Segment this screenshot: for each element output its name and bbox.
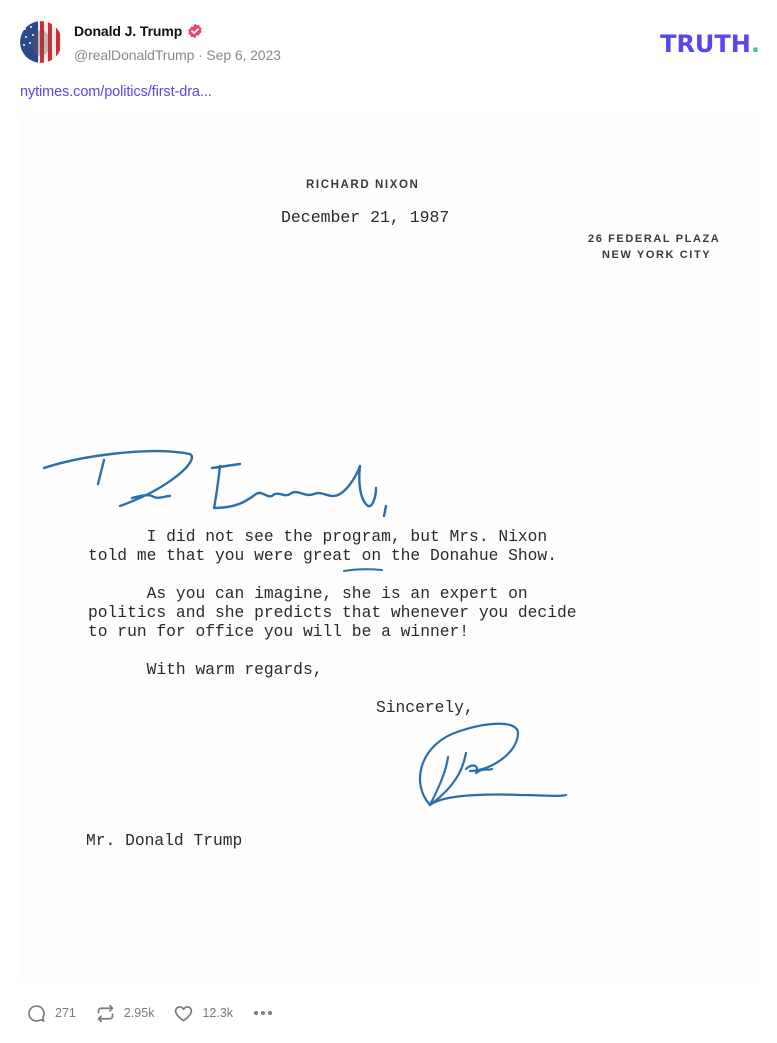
post-date[interactable]: Sep 6, 2023	[206, 47, 280, 63]
letter-date: December 21, 1987	[281, 208, 449, 227]
letter-line-5: to run for office you will be a winner!	[88, 622, 469, 641]
letter-recipient: Mr. Donald Trump	[86, 831, 242, 850]
retruth-button[interactable]: 2.95k	[95, 1003, 155, 1024]
address-line-2: NEW YORK CITY	[602, 249, 711, 261]
letterhead: RICHARD NIXON	[306, 179, 419, 191]
meta-separator: ·	[198, 47, 203, 63]
logo-dot: .	[751, 30, 760, 58]
letter-line-3: As you can imagine, she is an expert on	[88, 584, 528, 603]
reply-icon	[26, 1003, 47, 1024]
letter-line-1: I did not see the program, but Mrs. Nixo…	[88, 527, 547, 546]
verified-badge-icon	[187, 23, 203, 39]
like-button[interactable]: 12.3k	[173, 1003, 233, 1024]
post-meta: @realDonaldTrump · Sep 6, 2023	[74, 47, 281, 63]
heart-icon	[173, 1003, 194, 1024]
letter-image[interactable]: RICHARD NIXON December 21, 1987 26 FEDER…	[20, 113, 760, 983]
article-link[interactable]: nytimes.com/politics/first-dra...	[20, 84, 212, 100]
avatar[interactable]	[20, 21, 62, 63]
handwritten-signature-icon	[400, 713, 580, 813]
handwritten-underline-icon	[342, 567, 384, 573]
retruth-count: 2.95k	[124, 1006, 155, 1020]
letter-line-6: With warm regards,	[88, 660, 323, 679]
logo-text: TRUTH	[660, 30, 751, 58]
address-line-1: 26 FEDERAL PLAZA	[588, 233, 720, 245]
retruth-icon	[95, 1003, 116, 1024]
author-handle[interactable]: @realDonaldTrump	[74, 47, 194, 63]
post-actions: 271 2.95k 12.3k	[26, 1002, 274, 1024]
more-icon	[254, 1011, 258, 1015]
avatar-flag-portrait-icon	[20, 21, 62, 63]
handwritten-salutation-icon	[40, 438, 400, 528]
like-count: 12.3k	[202, 1006, 233, 1020]
author-name[interactable]: Donald J. Trump	[74, 23, 182, 39]
letter-line-2: told me that you were great on the Donah…	[88, 546, 557, 565]
reply-count: 271	[55, 1006, 76, 1020]
more-button[interactable]	[252, 1011, 274, 1015]
letter-line-4: politics and she predicts that whenever …	[88, 603, 577, 622]
post-header: Donald J. Trump @realDonaldTrump · Sep 6…	[20, 21, 760, 65]
reply-button[interactable]: 271	[26, 1003, 76, 1024]
truth-logo[interactable]: TRUTH.	[660, 30, 760, 58]
